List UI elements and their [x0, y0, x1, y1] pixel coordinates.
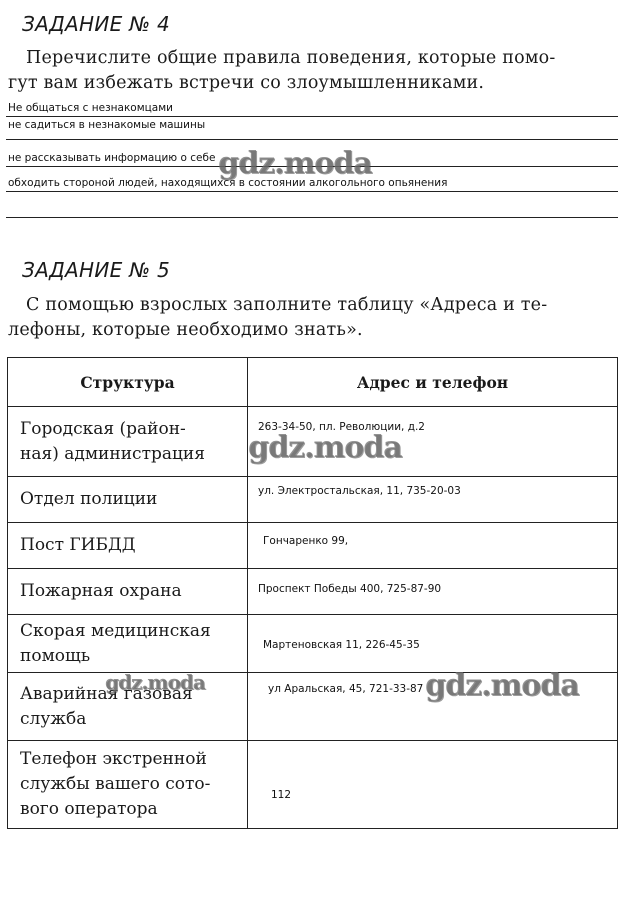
address-phone-text: ул Аральская, 45, 721-33-87 — [248, 673, 617, 695]
table-row: Городская (район-ная) администрация263-3… — [8, 407, 618, 477]
table-row: Аварийная газоваяслужбаул Аральская, 45,… — [8, 673, 618, 741]
address-phone-cell: ул Аральская, 45, 721-33-87 — [248, 673, 618, 741]
address-phone-cell: ул. Электростальская, 11, 735-20-03 — [248, 477, 618, 523]
task-5-title: ЗАДАНИЕ № 5 — [22, 258, 170, 282]
address-phone-text: ул. Электростальская, 11, 735-20-03 — [248, 477, 617, 497]
task-4-text-line-2: гут вам избежать встречи со злоумышленни… — [8, 73, 484, 93]
address-phone-text: 263-34-50, пл. Революции, д.2 — [248, 407, 617, 433]
header-address-phone: Адрес и телефон — [248, 358, 618, 407]
structure-text: служба — [20, 707, 247, 732]
answer-text: обходить стороной людей, находящихся в с… — [8, 177, 447, 189]
address-phone-text: Проспект Победы 400, 725-87-90 — [248, 569, 617, 595]
structure-text: Пожарная охрана — [20, 579, 247, 604]
structure-cell: Пост ГИБДД — [8, 523, 248, 569]
structure-text: службы вашего сото- — [20, 772, 247, 797]
address-phone-text: Гончаренко 99, — [248, 523, 617, 547]
task-4-text-line-1: Перечислите общие правила поведения, кот… — [26, 48, 555, 68]
structure-cell: Телефон экстреннойслужбы вашего сото-вог… — [8, 741, 248, 829]
table-row: Пожарная охранаПроспект Победы 400, 725-… — [8, 569, 618, 615]
answer-line: не садиться в незнакомые машины — [6, 117, 618, 140]
task-5-text-line-1: С помощью взрослых заполните таблицу «Ад… — [26, 295, 547, 315]
table-body: Городская (район-ная) администрация263-3… — [8, 407, 618, 829]
answer-line: обходить стороной людей, находящихся в с… — [6, 167, 618, 192]
address-phone-cell: 112 — [248, 741, 618, 829]
table-row: Телефон экстреннойслужбы вашего сото-вог… — [8, 741, 618, 829]
answer-line: Не общаться с незнакомцами — [6, 101, 618, 117]
structure-text: вого оператора — [20, 797, 247, 822]
structure-text: Телефон экстренной — [20, 747, 247, 772]
address-phone-cell: 263-34-50, пл. Революции, д.2 — [248, 407, 618, 477]
task-4-title: ЗАДАНИЕ № 4 — [22, 12, 170, 36]
answer-line — [6, 192, 618, 218]
structure-cell: Отдел полиции — [8, 477, 248, 523]
structure-text: Аварийная газовая — [20, 682, 247, 707]
addresses-table: Структура Адрес и телефон Городская (рай… — [7, 357, 618, 829]
table-row: Скорая медицинскаяпомощьМартеновская 11,… — [8, 615, 618, 673]
structure-text: Пост ГИБДД — [20, 533, 247, 558]
task-4-instructions: Перечислите общие правила поведения, кот… — [8, 46, 620, 96]
structure-cell: Городская (район-ная) администрация — [8, 407, 248, 477]
address-phone-text: 112 — [248, 741, 617, 801]
answer-text: не садиться в незнакомые машины — [8, 119, 205, 131]
address-phone-cell: Гончаренко 99, — [248, 523, 618, 569]
structure-cell: Пожарная охрана — [8, 569, 248, 615]
address-phone-cell: Мартеновская 11, 226-45-35 — [248, 615, 618, 673]
task-5-text-line-2: лефоны, которые необходимо знать». — [8, 320, 363, 340]
structure-cell: Скорая медицинскаяпомощь — [8, 615, 248, 673]
task-5-instructions: С помощью взрослых заполните таблицу «Ад… — [8, 293, 620, 343]
header-structure: Структура — [8, 358, 248, 407]
task-4-answer-lines: Не общаться с незнакомцами не садиться в… — [6, 101, 618, 218]
table-row: Отдел полицииул. Электростальская, 11, 7… — [8, 477, 618, 523]
table-row: Пост ГИБДДГончаренко 99, — [8, 523, 618, 569]
structure-text: помощь — [20, 644, 247, 669]
structure-text: Отдел полиции — [20, 487, 247, 512]
address-phone-cell: Проспект Победы 400, 725-87-90 — [248, 569, 618, 615]
answer-line: не рассказывать информацию о себе — [6, 140, 618, 167]
table-header-row: Структура Адрес и телефон — [8, 358, 618, 407]
structure-cell: Аварийная газоваяслужба — [8, 673, 248, 741]
structure-text: Скорая медицинская — [20, 619, 247, 644]
address-phone-text: Мартеновская 11, 226-45-35 — [248, 615, 617, 651]
answer-text: Не общаться с незнакомцами — [8, 102, 173, 114]
answer-text: не рассказывать информацию о себе — [8, 152, 215, 164]
structure-text: ная) администрация — [20, 442, 247, 467]
structure-text: Городская (район- — [20, 417, 247, 442]
